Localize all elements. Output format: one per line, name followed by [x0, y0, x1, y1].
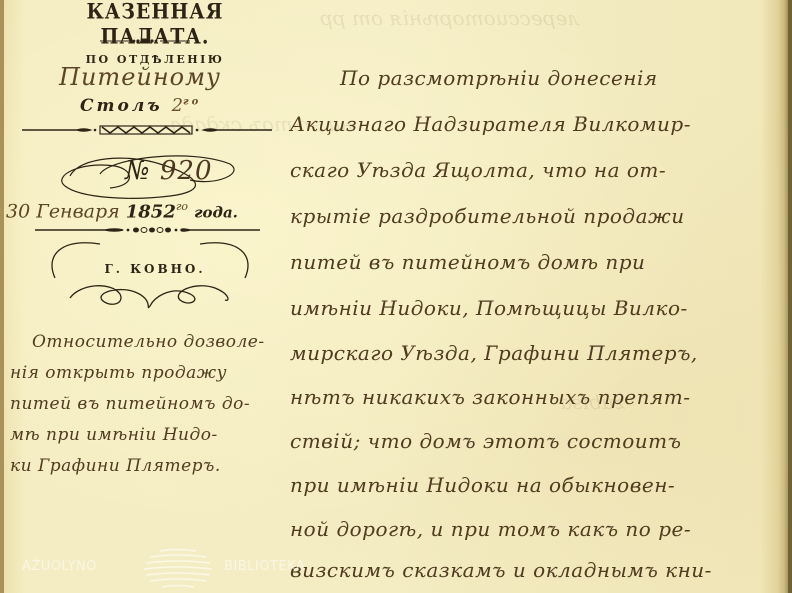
number-sign: № — [125, 156, 151, 186]
city-label: Г. КОВНО. — [40, 262, 270, 276]
table-label: Столъ — [80, 96, 163, 116]
main-text-line: мирскаго Уѣзда, Графини Плятеръ, — [290, 341, 698, 365]
document-page: лерессиоторѣнія от рр на эѣтоъ скдада zu… — [0, 0, 792, 593]
main-text-line: ной дорогѣ, и при томъ какъ по ре- — [290, 517, 691, 541]
watermark-logo-icon — [138, 547, 218, 591]
ornament-divider-small — [100, 38, 190, 44]
department-handwritten: Питейному — [40, 63, 240, 91]
main-text-line: питей въ питейномъ домѣ при — [290, 250, 645, 274]
page-right-shadow — [778, 0, 788, 593]
table-number: 2 — [172, 95, 183, 116]
date-day: 30 — [6, 200, 30, 222]
page-right-edge — [788, 0, 792, 593]
document-number: № 920 — [125, 156, 213, 186]
left-note-line: Относительно дозволе- — [32, 332, 265, 352]
document-date: 30 Генваря 1852го года. — [6, 200, 276, 222]
main-text-line: при имѣніи Нидоки на обыкновен- — [290, 473, 675, 497]
left-note-line: мѣ при имѣніи Нидо- — [10, 425, 218, 445]
left-note-line: ки Графини Плятеръ. — [10, 456, 221, 476]
table-line: Столъ 2го — [80, 95, 201, 116]
main-text-line: имѣніи Нидоки, Помѣщицы Вилко- — [290, 296, 688, 320]
bleed-through-text: лерессиоторѣнія от рр — [320, 6, 580, 30]
main-text-line: нѣтъ никакихъ законныхъ препят- — [290, 385, 690, 409]
main-text-line: визскимъ сказкамъ и окладнымъ кни- — [290, 558, 712, 582]
date-month: Генваря — [36, 200, 119, 222]
main-text-line: Акцизнаго Надзирателя Вилкомир- — [290, 112, 691, 136]
main-text-line: крытіе раздробительной продажи — [290, 204, 685, 228]
left-note-line: питей въ питейномъ до- — [10, 394, 250, 414]
ornament-divider-medium — [35, 224, 260, 236]
main-text-line: По разсмотрѣніи донесенія — [340, 66, 658, 90]
table-suffix: го — [183, 96, 201, 107]
date-year: 1852 — [126, 201, 176, 222]
date-year-suffix: го — [176, 200, 188, 213]
watermark-left-text: AŽUOLYNO — [22, 559, 97, 574]
date-goda: года. — [194, 203, 238, 221]
main-text-line: скаго Уѣзда Ящолта, что на от- — [290, 158, 666, 182]
page-left-edge — [0, 0, 4, 593]
library-watermark: AŽUOLYNO BIBLIOTEKA — [20, 545, 340, 585]
number-value: 920 — [160, 156, 213, 186]
watermark-right-text: BIBLIOTEKA — [224, 559, 305, 574]
ornament-divider-large — [22, 123, 272, 137]
main-text-line: ствій; что домъ этотъ состоитъ — [290, 429, 681, 453]
left-note-line: нія открыть продажу — [10, 363, 227, 383]
